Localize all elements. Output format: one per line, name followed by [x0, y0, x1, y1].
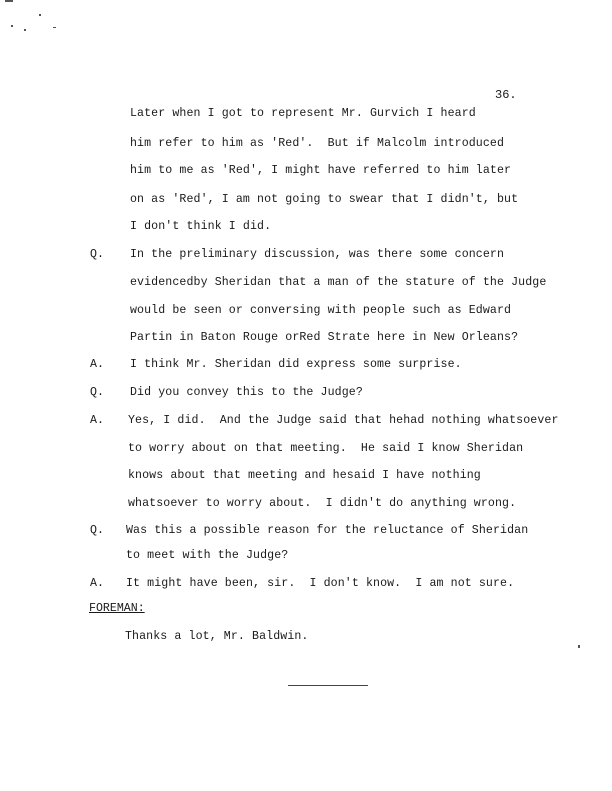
scan-artifact: [11, 25, 13, 27]
answer-label: A.: [90, 414, 104, 427]
text-line: to meet with the Judge?: [126, 549, 288, 562]
answer-label: A.: [90, 577, 104, 590]
scan-artifact: [39, 14, 41, 16]
text-line: Later when I got to represent Mr. Gurvic…: [130, 107, 476, 120]
question-label: Q.: [90, 386, 104, 399]
end-divider: [288, 685, 368, 686]
text-line: him to me as 'Red', I might have referre…: [130, 164, 511, 177]
scan-artifact: [53, 27, 56, 28]
scan-artifact: [24, 29, 26, 31]
text-line: Yes, I did. And the Judge said that heha…: [128, 414, 559, 427]
text-line: Partin in Baton Rouge orRed Strate here …: [130, 331, 518, 344]
text-line: I don't think I did.: [130, 220, 271, 233]
page-number: 36.: [495, 88, 517, 102]
text-line: evidencedby Sheridan that a man of the s…: [130, 276, 546, 289]
question-label: Q.: [90, 248, 104, 261]
answer-label: A.: [90, 358, 104, 371]
text-line: Was this a possible reason for the reluc…: [126, 524, 528, 537]
text-line: Did you convey this to the Judge?: [130, 386, 363, 399]
text-line: on as 'Red', I am not going to swear tha…: [130, 193, 518, 206]
text-line: knows about that meeting and hesaid I ha…: [128, 469, 481, 482]
text-line: I think Mr. Sheridan did express some su…: [130, 358, 462, 371]
text-line: whatsoever to worry about. I didn't do a…: [128, 497, 516, 510]
text-line: In the preliminary discussion, was there…: [130, 248, 504, 261]
scan-artifact: [5, 0, 13, 2]
question-label: Q.: [90, 524, 104, 537]
text-line: would be seen or conversing with people …: [130, 304, 511, 317]
scan-artifact: [578, 645, 580, 648]
text-line: It might have been, sir. I don't know. I…: [126, 577, 514, 590]
text-line: him refer to him as 'Red'. But if Malcol…: [130, 137, 504, 150]
text-line: to worry about on that meeting. He said …: [128, 442, 523, 455]
speaker-heading: FOREMAN:: [89, 602, 145, 615]
closing-statement: Thanks a lot, Mr. Baldwin.: [125, 630, 309, 643]
